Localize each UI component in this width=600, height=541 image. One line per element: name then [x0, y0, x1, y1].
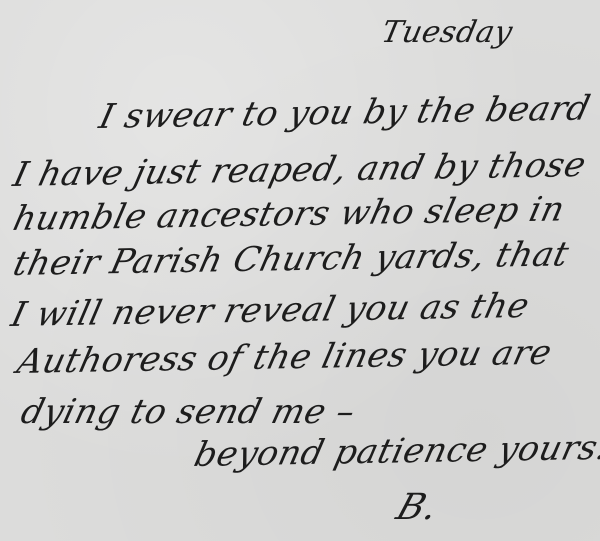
letter-closing: beyond patience yours!: [191, 431, 600, 472]
letter-line-1: I swear to you by the beard: [96, 91, 593, 134]
letter-page: Tuesday I swear to you by the beard I ha…: [0, 0, 600, 541]
letter-line-3: humble ancestors who sleep in: [10, 192, 568, 236]
letter-line-2: I have just reaped, and by those: [10, 148, 589, 192]
letter-line-6: Authoress of the lines you are: [14, 336, 555, 379]
letter-line-7: dying to send me –: [18, 395, 359, 429]
letter-date: Tuesday: [379, 18, 515, 48]
letter-signature: B.: [392, 490, 443, 526]
letter-line-5: I will never reveal you as the: [8, 289, 532, 332]
letter-line-4: their Parish Church yards, that: [10, 237, 572, 281]
